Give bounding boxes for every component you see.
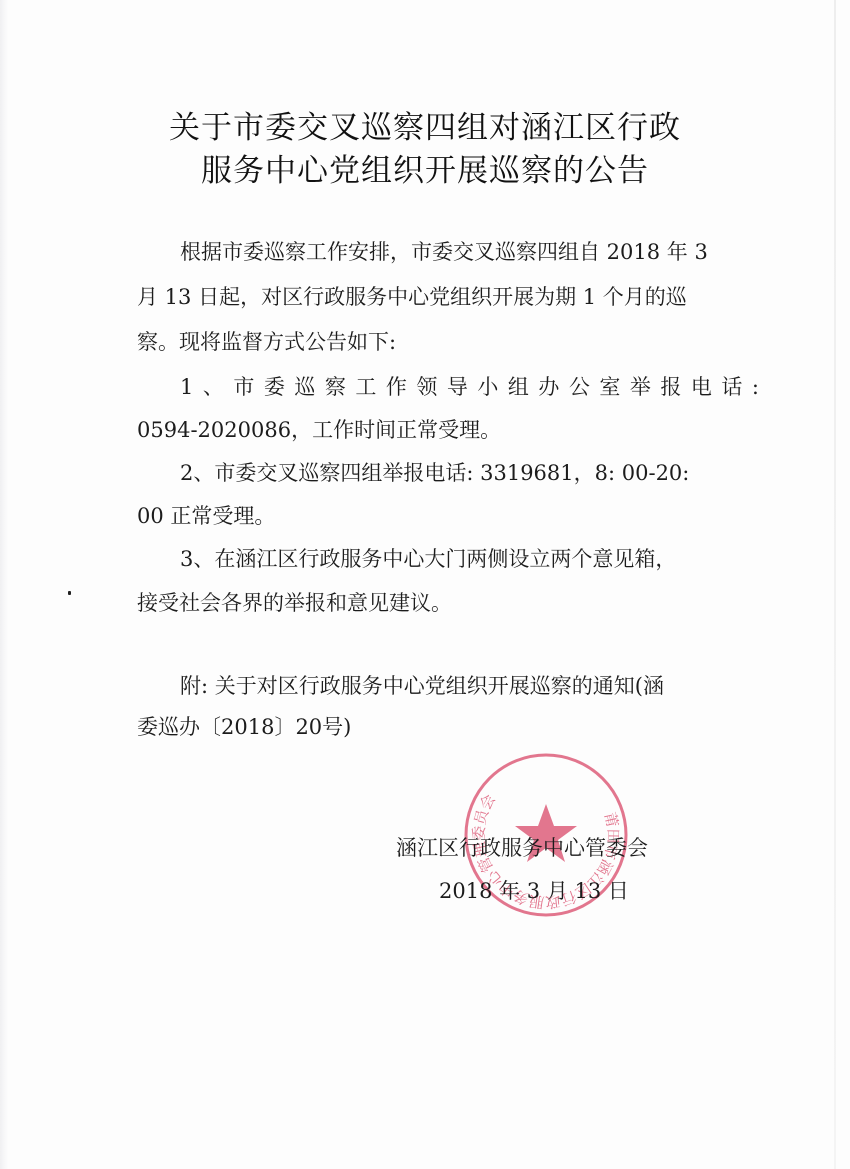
attachment-line-1: 附: 关于对区行政服务中心党组织开展巡察的通知(涵 — [180, 670, 664, 700]
signature-organization: 涵江区行政服务中心管委会 — [396, 832, 648, 862]
intro-line-2: 月 13 日起，对区行政服务中心党组织开展为期 1 个月的巡 — [137, 281, 687, 311]
document-title-line-2: 服务中心党组织开展巡察的公告 — [0, 145, 850, 190]
item-2-line-1: 2、市委交叉巡察四组举报电话: 3319681，8: 00-20: — [180, 457, 689, 487]
intro-line-3: 察。现将监督方式公告如下: — [137, 326, 396, 356]
intro-line-1: 根据市委巡察工作安排，市委交叉巡察四组自 2018 年 3 — [180, 236, 708, 266]
signature-date: 2018 年 3 月 13 日 — [439, 875, 629, 905]
document-title-line-1: 关于市委交叉巡察四组对涵江区行政 — [0, 102, 850, 147]
item-2-line-2: 00 正常受理。 — [137, 500, 275, 530]
item-1-line-1: 1、市委巡察工作领导小组办公室举报电话: — [180, 371, 768, 401]
item-3-line-1: 3、在涵江区行政服务中心大门两侧设立两个意见箱， — [180, 543, 676, 573]
scan-speck — [68, 591, 71, 595]
attachment-line-2: 委巡办〔2018〕20号) — [137, 711, 351, 741]
item-3-line-2: 接受社会各界的举报和意见建议。 — [137, 587, 452, 617]
item-1-line-2: 0594-2020086，工作时间正常受理。 — [137, 414, 501, 444]
